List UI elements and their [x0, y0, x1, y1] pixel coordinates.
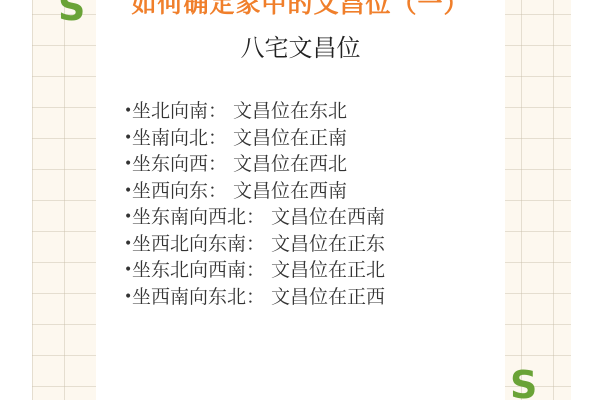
bullet-icon: •	[124, 257, 132, 284]
bullet-icon: •	[124, 178, 132, 205]
bullet-icon: •	[124, 204, 132, 231]
list-item-text: 坐北向南： 文昌位在东北	[132, 100, 347, 122]
grid-paper-right	[505, 0, 571, 400]
list-item: •坐西北向东南： 文昌位在正东	[124, 231, 385, 258]
list-item: •坐东向西： 文昌位在西北	[124, 151, 385, 178]
list-item: •坐西向东： 文昌位在西南	[124, 178, 385, 205]
bullet-icon: •	[124, 98, 132, 125]
bullet-icon: •	[124, 284, 132, 311]
list-item-text: 坐西南向东北： 文昌位在正西	[132, 286, 385, 308]
list-item: •坐东北向西南： 文昌位在正北	[124, 257, 385, 284]
binder-hook-icon: S	[58, 0, 85, 26]
bullet-icon: •	[124, 231, 132, 258]
list-item: •坐南向北： 文昌位在正南	[124, 125, 385, 152]
bullet-icon: •	[124, 125, 132, 152]
list-item-text: 坐东向西： 文昌位在西北	[132, 153, 347, 175]
orientation-list: •坐北向南： 文昌位在东北 •坐南向北： 文昌位在正南 •坐东向西： 文昌位在西…	[124, 98, 385, 310]
list-item: •坐西南向东北： 文昌位在正西	[124, 284, 385, 311]
list-item-text: 坐东北向西南： 文昌位在正北	[132, 259, 385, 281]
content-card: 如何确定家中的文昌位（一） 八宅文昌位 •坐北向南： 文昌位在东北 •坐南向北：…	[96, 0, 505, 400]
list-item-text: 坐东南向西北： 文昌位在西南	[132, 206, 385, 228]
page-title: 如何确定家中的文昌位（一）	[96, 0, 505, 20]
section-heading: 八宅文昌位	[96, 28, 505, 63]
list-item-text: 坐南向北： 文昌位在正南	[132, 127, 347, 149]
list-item: •坐北向南： 文昌位在东北	[124, 98, 385, 125]
binder-hook-icon: S	[510, 366, 537, 400]
list-item-text: 坐西向东： 文昌位在西南	[132, 180, 347, 202]
list-item: •坐东南向西北： 文昌位在西南	[124, 204, 385, 231]
bullet-icon: •	[124, 151, 132, 178]
list-item-text: 坐西北向东南： 文昌位在正东	[132, 233, 385, 255]
grid-paper-left	[32, 0, 96, 400]
